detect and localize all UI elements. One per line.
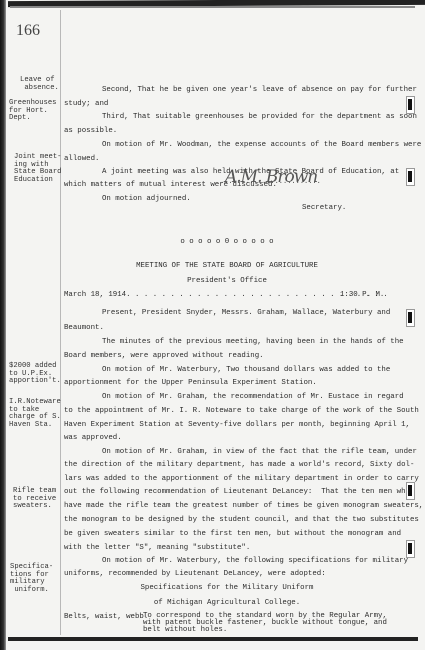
specs-subtitle: of Michigan Agricultural College.: [62, 599, 392, 607]
margin-note-2000-added: $2000 added to U.P.Ex. apportion't.: [9, 363, 61, 386]
page-tab-marker: [406, 96, 415, 114]
margin-note-leave: Leave of absence.: [20, 77, 59, 92]
body-line: the direction of the military department…: [64, 461, 414, 469]
page-tab-marker: [406, 309, 415, 327]
body-line: allowed.: [64, 155, 99, 163]
margin-note-joint-meeting: Joint meet- ing with State Board Educati…: [14, 154, 61, 184]
page-binding-edge: [0, 0, 6, 650]
body-line: Haven Experiment Station at Seventy-five…: [64, 421, 410, 429]
body-line: The minutes of the previous meeting, hav…: [102, 338, 404, 346]
body-line: Board members, were approved without rea…: [64, 352, 264, 360]
body-line: study; and: [64, 100, 108, 108]
body-line: was approved.: [64, 434, 122, 442]
meeting-location: President's Office: [62, 277, 392, 285]
body-line: out the following recommendation of Lieu…: [64, 488, 410, 496]
secretary-title: Secretary.: [302, 204, 346, 212]
body-line: the monogram to be designed by the stude…: [64, 516, 419, 524]
specs-item-label: Belts, waist, webb.: [64, 613, 148, 621]
body-line: On motion of Mr. Woodman, the expense ac…: [102, 141, 421, 149]
margin-note-greenhouses: Greenhouses for Hort. Dept.: [9, 100, 56, 123]
body-line: Second, That he be given one year's leav…: [102, 86, 417, 94]
body-line: be given sweaters similar to the first t…: [64, 530, 401, 538]
signature-dots: ........................: [220, 178, 321, 186]
specs-item-text: To correspond to the standard worn by th…: [143, 613, 387, 634]
top-shadow: [10, 6, 415, 8]
body-line: Beaumont.: [64, 324, 104, 332]
page-number: 166: [16, 22, 40, 40]
body-line: On motion of Mr. Graham, the recommendat…: [102, 393, 404, 401]
body-line: with the letter "S", meaning "substitute…: [64, 544, 250, 552]
margin-note-rifle-team: Rifle team to receive sweaters.: [13, 488, 56, 511]
specs-title: Specifications for the Military Uniform: [62, 584, 392, 592]
body-line: On motion of Mr. Waterbury, the followin…: [102, 557, 408, 565]
meeting-time: 1:30 P. M.: [340, 291, 384, 299]
margin-note-specifications: Specifica- tions for military uniform.: [10, 564, 53, 594]
body-line: Third, That suitable greenhouses be prov…: [102, 113, 417, 121]
body-line: apportionment for the Upper Peninsula Ex…: [64, 379, 317, 387]
section-separator: o o o o o 0 o o o o o: [62, 238, 392, 246]
body-line: On motion of Mr. Waterbury, Two thousand…: [102, 366, 390, 374]
body-line: On motion of Mr. Graham, in view of the …: [102, 448, 417, 456]
body-line: lars was added to the apportionment of t…: [64, 475, 419, 483]
page-tab-marker: [406, 540, 415, 558]
margin-note-noteware: I.R.Noteware to take charge of S. Haven …: [9, 399, 61, 429]
body-line: have made the rifle team the greatest nu…: [64, 502, 423, 510]
meeting-heading: MEETING OF THE STATE BOARD OF AGRICULTUR…: [62, 262, 392, 270]
body-line: uniforms, recommended by Lieutenant DeLa…: [64, 570, 326, 578]
margin-rule: [60, 10, 61, 635]
page-tab-marker: [406, 482, 415, 500]
bottom-border: [8, 637, 418, 641]
body-line: as possible.: [64, 127, 117, 135]
body-line: to the appointment of Mr. I. R. Noteware…: [64, 407, 419, 415]
body-line: Present, President Snyder, Messrs. Graha…: [102, 309, 390, 317]
page-tab-marker: [406, 168, 415, 186]
ledger-page: 166 Leave of absence. Greenhouses for Ho…: [0, 0, 425, 650]
body-line: On motion adjourned.: [102, 195, 191, 203]
